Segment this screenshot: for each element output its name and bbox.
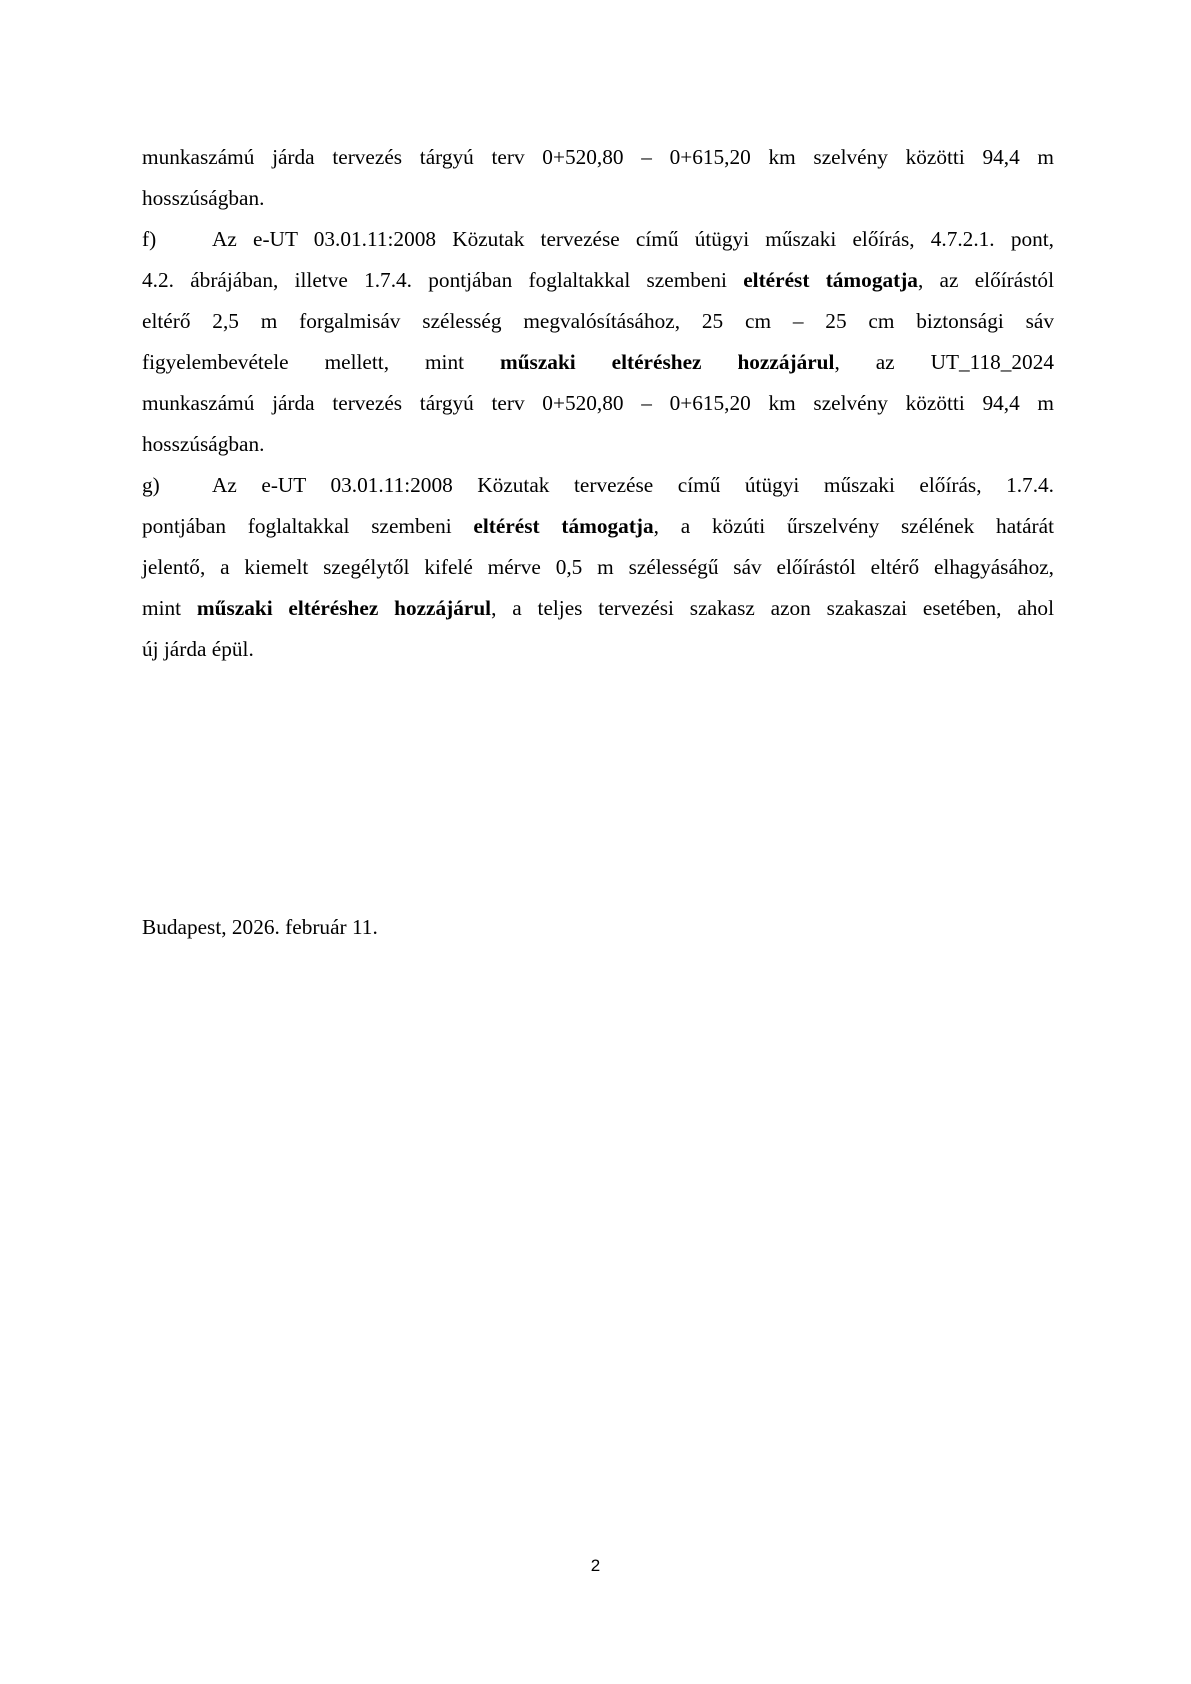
- item-f-line-1: f)Az e-UT 03.01.11:2008 Közutak tervezés…: [142, 224, 1054, 254]
- emphasis-consent: műszaki eltéréshez hozzájárul: [197, 596, 491, 620]
- document-page: munkaszámú járda tervezés tárgyú terv 0+…: [0, 0, 1191, 1684]
- item-f-line-5: munkaszámú járda tervezés tárgyú terv 0+…: [142, 388, 1054, 418]
- emphasis-support: eltérést támogatja: [473, 514, 653, 538]
- item-g-line-3: jelentő, a kiemelt szegélytől kifelé mér…: [142, 552, 1054, 582]
- item-g-line-5: új járda épül.: [142, 634, 1054, 664]
- item-g-line-1: g)Az e-UT 03.01.11:2008 Közutak tervezés…: [142, 470, 1054, 500]
- emphasis-consent: műszaki eltéréshez hozzájárul: [500, 350, 834, 374]
- continuation-line-1: munkaszámú járda tervezés tárgyú terv 0+…: [142, 142, 1054, 172]
- item-f-line-2: 4.2. ábrájában, illetve 1.7.4. pontjában…: [142, 265, 1054, 295]
- item-g-line-4: mint műszaki eltéréshez hozzájárul, a te…: [142, 593, 1054, 623]
- continuation-line-2: hosszúságban.: [142, 183, 1054, 213]
- item-f-line-6: hosszúságban.: [142, 429, 1054, 459]
- item-g-line-2: pontjában foglaltakkal szembeni eltérést…: [142, 511, 1054, 541]
- page-number: 2: [0, 1556, 1191, 1576]
- item-f-line-3: eltérő 2,5 m forgalmisáv szélesség megva…: [142, 306, 1054, 336]
- emphasis-support: eltérést támogatja: [743, 268, 918, 292]
- item-f-marker: f): [142, 224, 212, 254]
- date-line: Budapest, 2026. február 11.: [142, 912, 378, 942]
- item-f-line-4: figyelembevétele mellett, mint műszaki e…: [142, 347, 1054, 377]
- item-g-marker: g): [142, 470, 212, 500]
